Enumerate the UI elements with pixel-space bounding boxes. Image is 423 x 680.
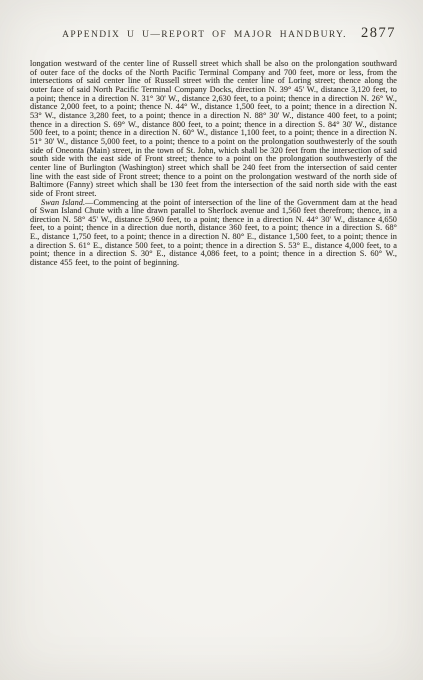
swan-island-lead: Swan Island. (41, 198, 85, 207)
swan-island-body: —Commencing at the point of intersection… (30, 198, 397, 268)
paragraph-swan-island: Swan Island.—Commencing at the point of … (30, 199, 397, 268)
page-number: 2877 (361, 25, 396, 42)
running-head: APPENDIX U U—REPORT OF MAJOR HANDBURY. 2… (30, 27, 397, 44)
document-page: APPENDIX U U—REPORT OF MAJOR HANDBURY. 2… (0, 0, 423, 680)
paragraph-russell-street-continuation: longation westward of the center line of… (30, 60, 397, 199)
page-body: longation westward of the center line of… (30, 60, 397, 268)
appendix-title: APPENDIX U U—REPORT OF MAJOR HANDBURY. (30, 27, 397, 44)
